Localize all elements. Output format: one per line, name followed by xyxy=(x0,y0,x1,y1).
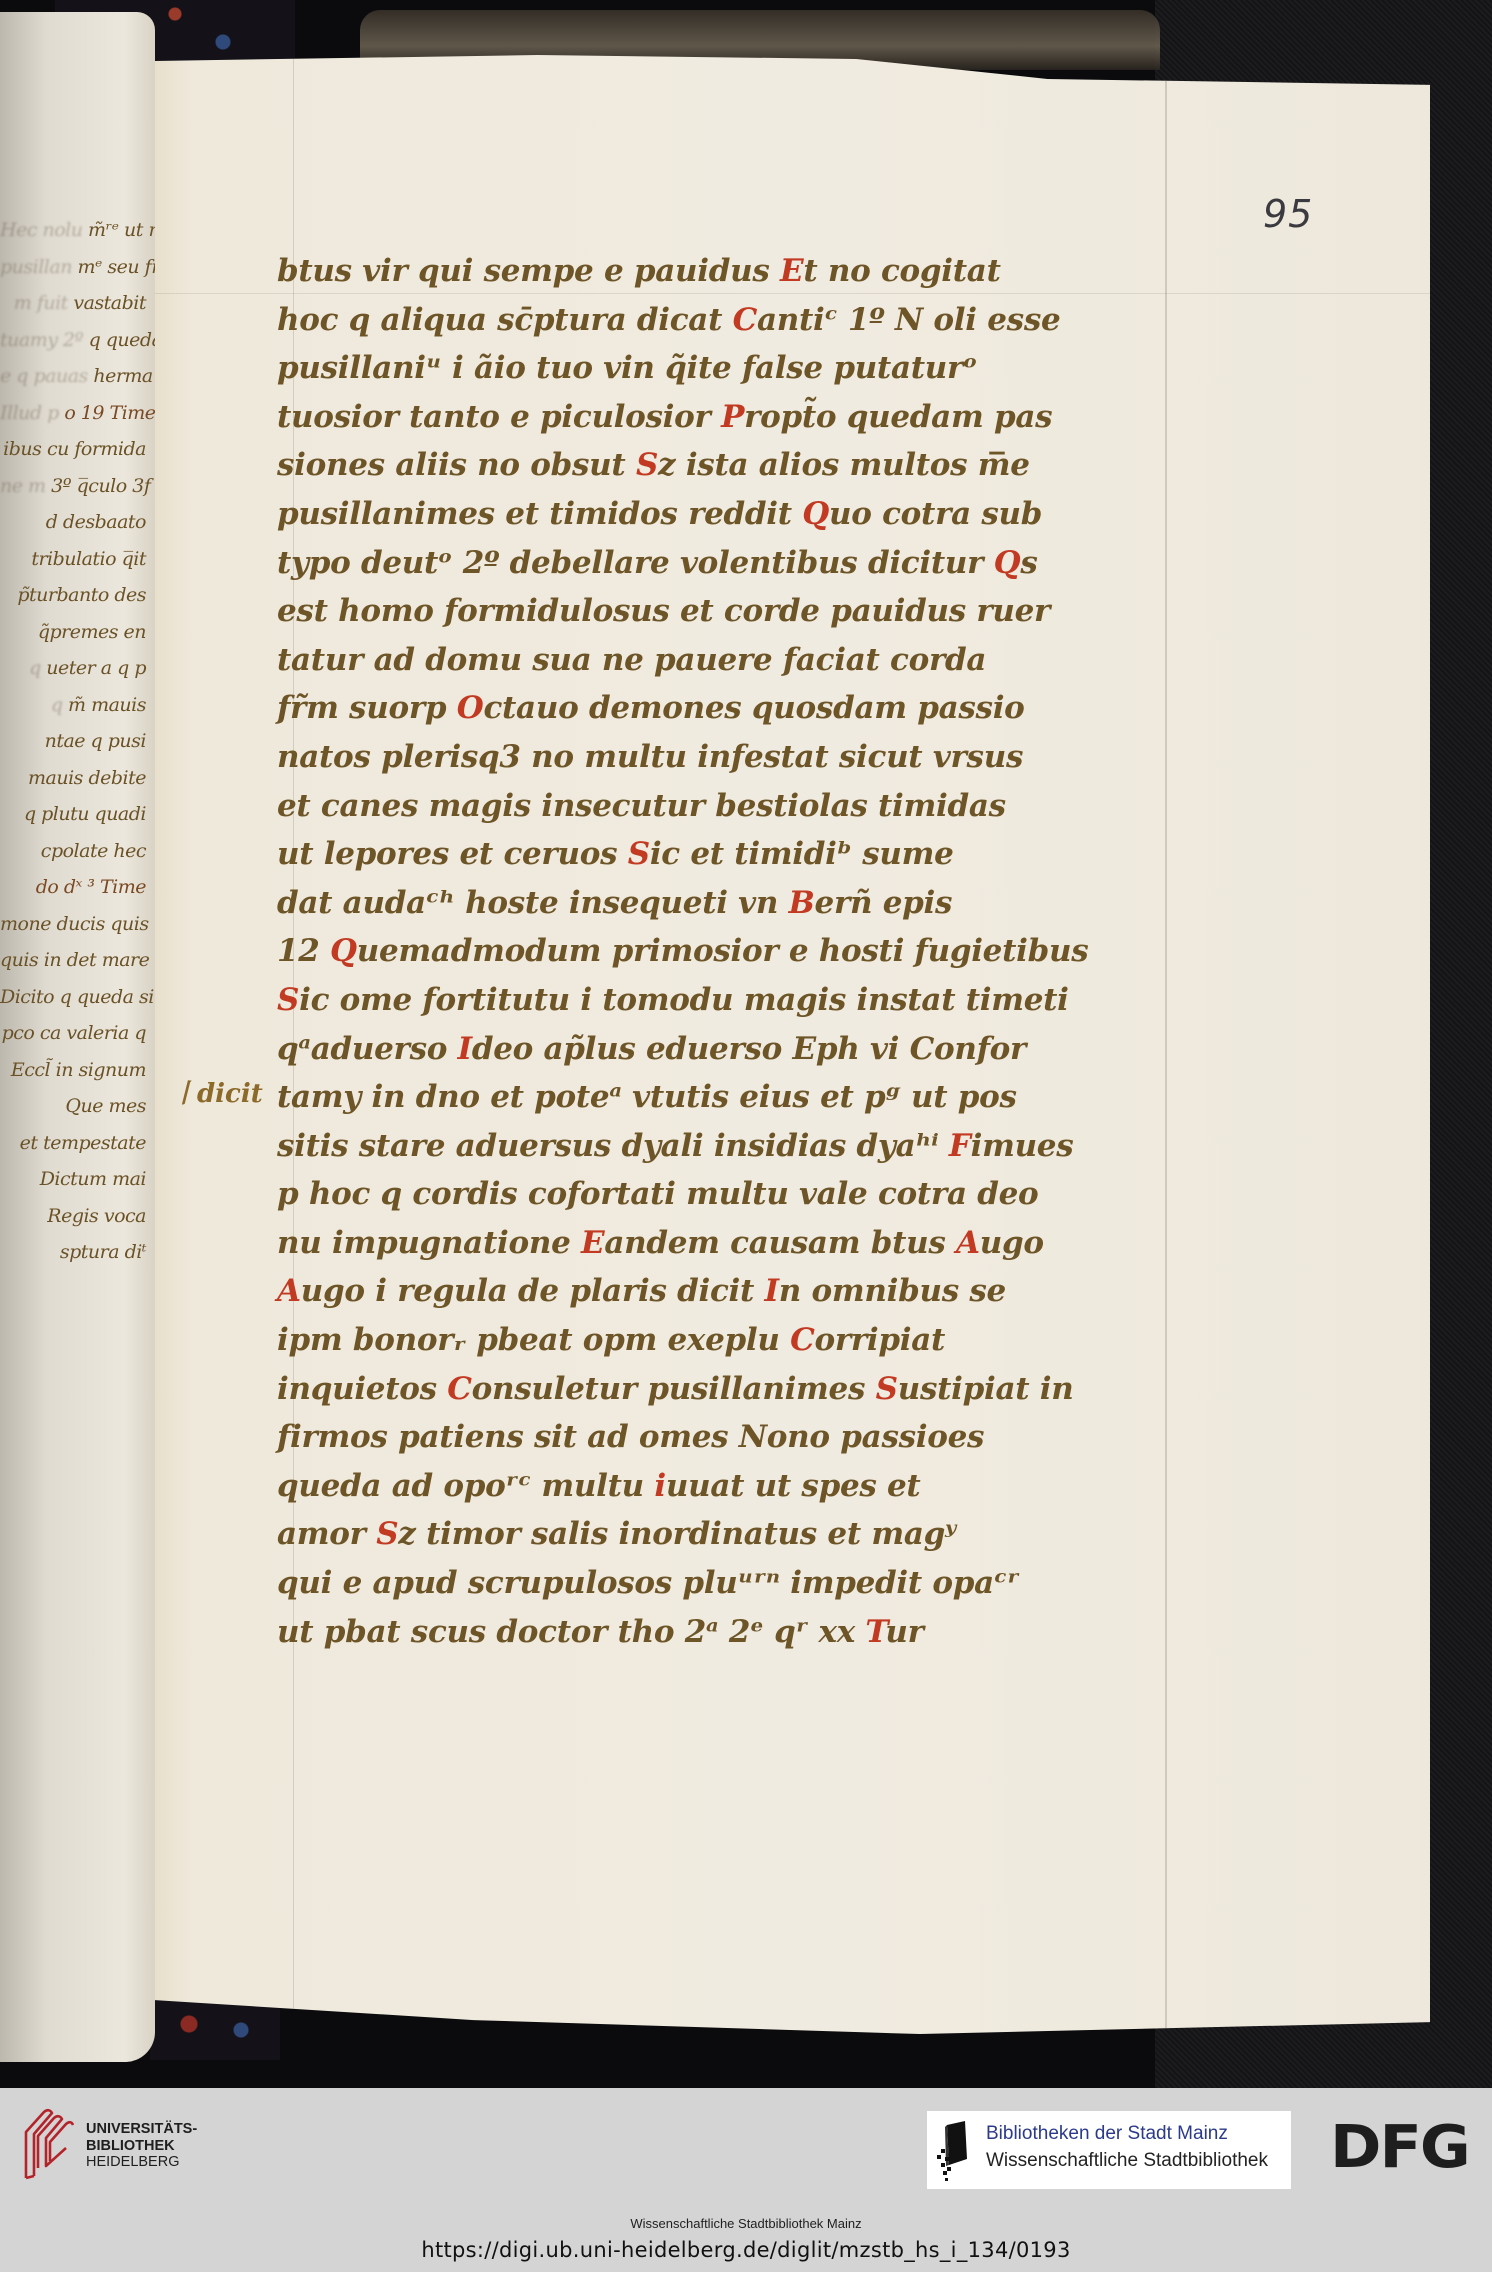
line-text: sitis stare aduersus dyali insidias dyaʰ… xyxy=(277,1128,949,1164)
verso-line: et tempestate xyxy=(0,1125,150,1162)
line-text: btus vir qui sempe e pauidus xyxy=(277,253,780,289)
line-text: amor xyxy=(277,1516,376,1552)
verso-line: mone ducis quis xyxy=(0,906,150,943)
verso-line-text: q quedam xyxy=(89,329,155,351)
manuscript-line: typo deutᵒ 2º debellare volentibus dicit… xyxy=(277,539,1212,588)
line-text: pusillaniᵘ i ãio tuo vin q̃ite false pu… xyxy=(277,350,977,386)
line-text: ut pbat scus doctor tho 2ᵃ 2ᵉ qʳ xx xyxy=(277,1614,865,1650)
verso-line-text: vastabit xyxy=(73,292,146,314)
headband-bottom xyxy=(150,2000,280,2060)
manuscript-line: 12 Quemadmodum primosior e hosti fugieti… xyxy=(277,927,1212,976)
line-text: z timor salis inordinatus et magʸ xyxy=(398,1516,956,1552)
verso-line: Eccl̃ in signum xyxy=(0,1052,150,1089)
line-text: dat audaᶜʰ hoste insequeti vn xyxy=(277,885,789,921)
line-text: ustipiat in xyxy=(898,1371,1074,1407)
verso-faded-text: pusillan xyxy=(0,256,77,278)
line-text: fr̃m suorp xyxy=(277,690,457,726)
line-text: ut lepores et ceruos xyxy=(277,836,628,872)
rubricated-initial: A xyxy=(956,1225,980,1261)
verso-line: cpolate hec xyxy=(0,833,150,870)
rubricated-initial: P xyxy=(721,399,744,435)
line-text: deo ap̃lus eduerso Eph vi Confor xyxy=(472,1031,1026,1067)
verso-line-text: sptura diᵗ xyxy=(60,1241,146,1263)
line-text: uo cotra sub xyxy=(829,496,1042,532)
manuscript-line: pusillaniᵘ i ãio tuo vin q̃ite false pu… xyxy=(277,344,1212,393)
recto-page: 95 ⼁dicit btus vir qui sempe e pauidus E… xyxy=(155,55,1430,2050)
line-text: typo deutᵒ 2º debellare volentibus dicit… xyxy=(277,545,994,581)
line-text: qᵃaduerso xyxy=(277,1031,458,1067)
rubricated-initial: Q xyxy=(994,545,1021,581)
line-text: firmos patiens sit ad omes Nono passioes xyxy=(277,1419,984,1455)
verso-line: ne m 3º q̅culo 3f xyxy=(0,468,150,505)
manuscript-line: qui e apud scrupulosos pluᵘʳⁿ impedit op… xyxy=(277,1559,1212,1608)
verso-line: ntae q pusi xyxy=(0,723,150,760)
verso-line-text: q̃premes en xyxy=(38,621,146,643)
line-text: ic ome fortitutu i tomodu magis instat t… xyxy=(299,982,1069,1018)
line-text: natos plerisq3 no multu infestat sicut v… xyxy=(277,739,1023,775)
rubricated-initial: T xyxy=(865,1614,885,1650)
rubricated-initial: O xyxy=(457,690,484,726)
verso-line-text: q plutu quadi xyxy=(24,803,146,825)
verso-faded-text: q xyxy=(51,694,68,716)
verso-line-text: ntae q pusi xyxy=(45,730,146,752)
verso-line-text: et tempestate xyxy=(20,1132,146,1154)
verso-faded-text: e q pauas xyxy=(0,365,93,387)
ub-heidelberg-logo-text: UNIVERSITÄTS- BIBLIOTHEK HEIDELBERG xyxy=(86,2121,197,2171)
ub-heidelberg-logo-icon xyxy=(16,2106,74,2184)
mainz-logo-line-2: Wissenschaftliche Stadtbibliothek xyxy=(986,2150,1268,2172)
rubricated-initial: E xyxy=(581,1225,604,1261)
line-text: uemadmodum primosior e hosti fugietibus xyxy=(357,933,1089,969)
verso-line: Regis voca xyxy=(0,1198,150,1235)
verso-line-text: pco ca valeria q xyxy=(2,1022,146,1044)
rubricated-initial: Q xyxy=(802,496,829,532)
verso-line-text: p̃turbanto des xyxy=(17,584,146,606)
verso-line-text: o 19 Time xyxy=(64,402,155,424)
book-pixel-icon xyxy=(935,2119,975,2183)
line-text: 12 xyxy=(277,933,330,969)
verso-line: m fuit vastabit xyxy=(0,285,150,322)
verso-line-text: ibus cu formida xyxy=(3,438,146,460)
rubricated-initial: C xyxy=(733,302,757,338)
manuscript-line: firmos patiens sit ad omes Nono passioes xyxy=(277,1413,1212,1462)
verso-line: p̃turbanto des xyxy=(0,577,150,614)
line-text: s xyxy=(1020,545,1037,581)
rubricated-initial: S xyxy=(876,1371,898,1407)
rubricated-initial: S xyxy=(628,836,650,872)
manuscript-line: nu impugnatione Eandem causam btus Augo xyxy=(277,1219,1212,1268)
manuscript-line: pusillanimes et timidos reddit Quo cotra… xyxy=(277,490,1212,539)
line-text: ipm bonorᵣ pbeat opm exeplu xyxy=(277,1322,790,1358)
rubricated-initial: C xyxy=(447,1371,471,1407)
verso-line: Hec nolu m̃ʳᵉ ut mnt xyxy=(0,212,150,249)
manuscript-text-block: btus vir qui sempe e pauidus Et no cogit… xyxy=(277,247,1212,1656)
line-text: pusillanimes et timidos reddit xyxy=(277,496,802,532)
line-text: queda ad opoʳᶜ multu xyxy=(277,1468,654,1504)
verso-line-text: mone ducis quis xyxy=(0,913,149,935)
verso-line: do dˣ ³ Time xyxy=(0,869,150,906)
manuscript-line: dat audaᶜʰ hoste insequeti vn Berñ epis xyxy=(277,879,1212,928)
manuscript-line: ut lepores et ceruos Sic et timidiᵇ sume xyxy=(277,830,1212,879)
verso-line-text: d desbaato xyxy=(46,511,146,533)
line-text: antiᶜ 1º N oli esse xyxy=(757,302,1060,338)
rubricated-initial: F xyxy=(949,1128,971,1164)
verso-line-text: Regis voca xyxy=(47,1205,146,1227)
verso-line: mauis debite xyxy=(0,760,150,797)
verso-line-text: quis in det mare xyxy=(0,949,149,971)
rubricated-initial: I xyxy=(765,1273,779,1309)
verso-line: e q pauas herma xyxy=(0,358,150,395)
line-text: andem causam btus xyxy=(604,1225,956,1261)
line-text: imues xyxy=(971,1128,1074,1164)
verso-line: Dictum mai xyxy=(0,1161,150,1198)
manuscript-line: ut pbat scus doctor tho 2ᵃ 2ᵉ qʳ xx Tur xyxy=(277,1608,1212,1657)
verso-line-text: mauis debite xyxy=(28,767,146,789)
line-text: ic et timidiᵇ sume xyxy=(650,836,954,872)
verso-line: tribulatio q̅it xyxy=(0,541,150,578)
rubricated-initial: i xyxy=(654,1468,665,1504)
rubricated-initial: S xyxy=(636,447,658,483)
line-text: inquietos xyxy=(277,1371,447,1407)
verso-line: ibus cu formida xyxy=(0,431,150,468)
rubricated-initial: I xyxy=(458,1031,472,1067)
holding-institution: Wissenschaftliche Stadtbibliothek Mainz xyxy=(0,2216,1492,2231)
permalink-url[interactable]: https://digi.ub.uni-heidelberg.de/diglit… xyxy=(0,2238,1492,2262)
line-text: z ista alios multos m̅e xyxy=(658,447,1030,483)
manuscript-scan: Hec nolu m̃ʳᵉ ut mntpusillan mᵉ seu fmm … xyxy=(0,0,1492,2088)
line-text: onsuletur pusillanimes xyxy=(472,1371,876,1407)
line-text: qui e apud scrupulosos pluᵘʳⁿ impedit op… xyxy=(277,1565,1019,1601)
line-text: est homo formidulosus et corde pauidus r… xyxy=(277,593,1034,629)
verso-line: tuamy 2º q quedam xyxy=(0,322,150,359)
verso-faded-text: m fuit xyxy=(14,292,74,314)
line-text: erñ epis xyxy=(815,885,953,921)
mainz-logo-line-1: Bibliotheken der Stadt Mainz xyxy=(986,2123,1228,2145)
verso-line: Dicito q queda sit xyxy=(0,979,150,1016)
manuscript-line: hoc q aliqua sc̄ptura dicat Cantiᶜ 1º N … xyxy=(277,296,1212,345)
verso-page-edge: Hec nolu m̃ʳᵉ ut mntpusillan mᵉ seu fmm … xyxy=(0,12,155,2062)
verso-line: d desbaato xyxy=(0,504,150,541)
verso-line-text: mᵉ seu fm xyxy=(77,256,155,278)
line-text: tuosior tanto e piculosior xyxy=(277,399,721,435)
manuscript-line: est homo formidulosus et corde pauidus r… xyxy=(277,587,1212,636)
rubricated-initial: E xyxy=(780,253,803,289)
verso-text-lines: Hec nolu m̃ʳᵉ ut mntpusillan mᵉ seu fmm … xyxy=(0,212,150,1271)
line-text: et canes magis insecutur bestiolas timid… xyxy=(277,788,1006,824)
manuscript-line: fr̃m suorp Octauo demones quosdam passio xyxy=(277,684,1212,733)
verso-line-text: herma xyxy=(93,365,152,387)
verso-line: pusillan mᵉ seu fm xyxy=(0,249,150,286)
manuscript-line: Sic ome fortitutu i tomodu magis instat … xyxy=(277,976,1212,1025)
mainz-library-logo[interactable]: Bibliotheken der Stadt Mainz Wissenschaf… xyxy=(927,2111,1291,2189)
verso-faded-text: Hec nolu xyxy=(0,219,88,241)
manuscript-line: Augo i regula de plaris dicit In omnibus… xyxy=(277,1267,1212,1316)
manuscript-line: et canes magis insecutur bestiolas timid… xyxy=(277,782,1212,831)
verso-line-text: Eccl̃ in signum xyxy=(11,1059,146,1081)
manuscript-line: sitis stare aduersus dyali insidias dyaʰ… xyxy=(277,1122,1212,1171)
verso-line-text: Dicito q queda sit xyxy=(0,986,155,1008)
folio-number: 95 xyxy=(1263,192,1313,236)
manuscript-line: tuosior tanto e piculosior Propt̃o queda… xyxy=(277,393,1212,442)
verso-faded-text: ne m xyxy=(0,475,51,497)
manuscript-line: tatur ad domu sua ne pauere faciat corda xyxy=(277,636,1212,685)
line-text: tamy in dno et poteᵃ vtutis eius et pᵍ u… xyxy=(277,1079,1017,1115)
uni-logo-line-2: BIBLIOTHEK xyxy=(86,2138,197,2155)
manuscript-line: ipm bonorᵣ pbeat opm exeplu Corripiat xyxy=(277,1316,1212,1365)
verso-line: q̃premes en xyxy=(0,614,150,651)
verso-line: q m̃ mauis xyxy=(0,687,150,724)
verso-line-text: 3º q̅culo 3f xyxy=(51,475,150,497)
line-text: p hoc q cordis cofortati multu vale cotr… xyxy=(277,1176,1038,1212)
verso-faded-text: q xyxy=(29,657,46,679)
rubricated-initial: Q xyxy=(330,933,357,969)
verso-line: quis in det mare xyxy=(0,942,150,979)
verso-line-text: Dictum mai xyxy=(40,1168,146,1190)
manuscript-line: siones aliis no obsut Sz ista alios mult… xyxy=(277,441,1212,490)
manuscript-line: btus vir qui sempe e pauidus Et no cogit… xyxy=(277,247,1212,296)
line-text: ur xyxy=(885,1614,923,1650)
line-text: n omnibus se xyxy=(779,1273,1006,1309)
verso-line: Que mes xyxy=(0,1088,150,1125)
uni-logo-line-3: HEIDELBERG xyxy=(86,2154,197,2171)
verso-line-text: tribulatio q̅it xyxy=(31,548,146,570)
verso-line: q plutu quadi xyxy=(0,796,150,833)
verso-faded-text: tuamy 2º xyxy=(0,329,89,351)
line-text: t no cogitat xyxy=(803,253,1000,289)
verso-line: Illud p o 19 Time xyxy=(0,395,150,432)
rubricated-initial: S xyxy=(277,982,299,1018)
manuscript-line: qᵃaduerso Ideo ap̃lus eduerso Eph vi Con… xyxy=(277,1025,1212,1074)
manuscript-line: inquietos Consuletur pusillanimes Sustip… xyxy=(277,1365,1212,1414)
manuscript-line: p hoc q cordis cofortati multu vale cotr… xyxy=(277,1170,1212,1219)
line-text: nu impugnatione xyxy=(277,1225,581,1261)
verso-line-text: do dˣ ³ Time xyxy=(36,876,146,898)
viewer-footer: UNIVERSITÄTS- BIBLIOTHEK HEIDELBERG Bibl… xyxy=(0,2088,1492,2272)
rubricated-initial: C xyxy=(790,1322,814,1358)
verso-line-text: m̃ʳᵉ ut mnt xyxy=(88,219,155,241)
manuscript-line: queda ad opoʳᶜ multu iuuat ut spes et xyxy=(277,1462,1212,1511)
line-text: r xyxy=(1034,593,1050,629)
uni-logo-line-1: UNIVERSITÄTS- xyxy=(86,2121,197,2138)
line-text: tatur ad domu sua ne pauere faciat corda xyxy=(277,642,986,678)
verso-line: sptura diᵗ xyxy=(0,1234,150,1271)
line-text: ctauo demones quosdam passio xyxy=(483,690,1024,726)
rubricated-initial: A xyxy=(277,1273,301,1309)
line-text: ugo xyxy=(980,1225,1044,1261)
verso-faded-text: Illud p xyxy=(0,402,64,424)
dfg-logo[interactable]: DFG xyxy=(1330,2118,1469,2177)
verso-line: q ueter a q p xyxy=(0,650,150,687)
margin-note: ⼁dicit xyxy=(171,1073,263,1110)
line-text: ropt̃o quedam pas xyxy=(744,399,1052,435)
line-text: hoc q aliqua sc̄ptura dicat xyxy=(277,302,733,338)
verso-line-text: cpolate hec xyxy=(41,840,146,862)
manuscript-line: amor Sz timor salis inordinatus et magʸ xyxy=(277,1510,1212,1559)
rubricated-initial: S xyxy=(376,1516,398,1552)
verso-line-text: ueter a q p xyxy=(46,657,146,679)
verso-line: pco ca valeria q xyxy=(0,1015,150,1052)
line-text: ugo i regula de plaris dicit xyxy=(301,1273,765,1309)
manuscript-line: tamy in dno et poteᵃ vtutis eius et pᵍ u… xyxy=(277,1073,1212,1122)
line-text: uuat ut spes et xyxy=(666,1468,921,1504)
verso-line-text: m̃ mauis xyxy=(68,694,146,716)
line-text: orripiat xyxy=(814,1322,945,1358)
manuscript-line: natos plerisq3 no multu infestat sicut v… xyxy=(277,733,1212,782)
rubricated-initial: B xyxy=(789,885,815,921)
verso-line-text: Que mes xyxy=(65,1095,146,1117)
line-text: siones aliis no obsut xyxy=(277,447,636,483)
